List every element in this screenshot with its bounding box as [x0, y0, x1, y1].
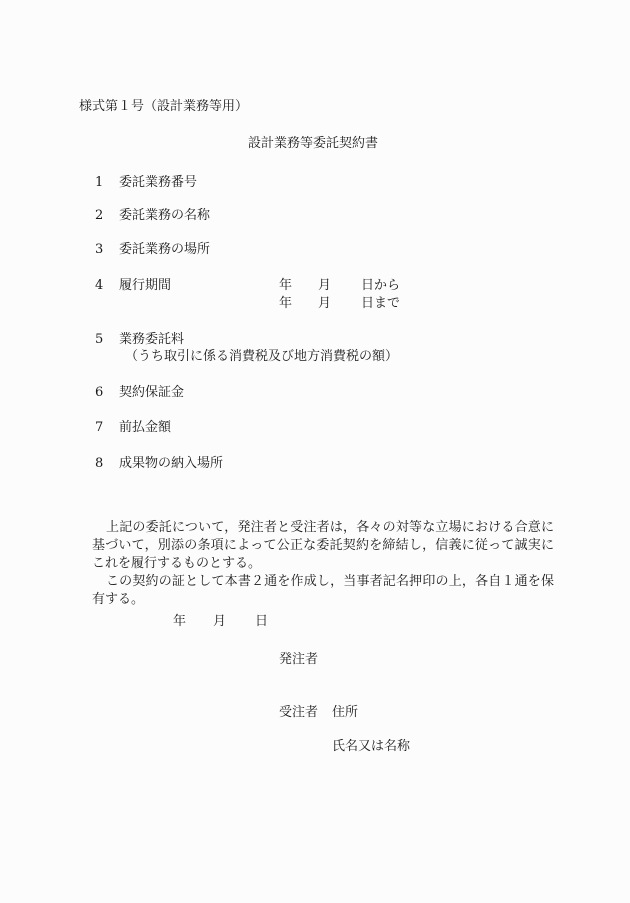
item-label: 業務委託料: [119, 333, 184, 346]
agreement-paragraph: 上記の委託について，発注者と受注者は，各々の対等な立場における合意に基づいて，別…: [92, 519, 554, 573]
item-number: 5: [95, 333, 103, 346]
contractor-label: 受注者: [279, 706, 318, 719]
contract-body: 上記の委託について，発注者と受注者は，各々の対等な立場における合意に基づいて，別…: [92, 519, 554, 609]
item-label: 前払金額: [119, 421, 171, 434]
signature-day: 日: [255, 615, 268, 628]
item-number: 2: [95, 209, 103, 222]
item-label: 委託業務の場所: [119, 243, 210, 256]
item-number: 7: [95, 421, 103, 434]
contractor-name-label: 氏名又は名称: [332, 740, 410, 753]
item-label: 成果物の納入場所: [119, 457, 223, 470]
item-number: 6: [95, 386, 103, 399]
period-to-year: 年: [279, 297, 292, 310]
item-number: 4: [95, 279, 103, 292]
period-from-month: 月: [318, 279, 331, 292]
contractor-address-label: 住所: [332, 706, 358, 719]
document-title: 設計業務等委託契約書: [248, 137, 378, 150]
period-to-day: 日まで: [361, 297, 400, 310]
period-from-day: 日から: [361, 279, 400, 292]
period-from-year: 年: [279, 279, 292, 292]
item-label: 契約保証金: [119, 386, 184, 399]
item-sublabel-tax: （うち取引に係る消費税及び地方消費税の額）: [125, 350, 398, 363]
item-label: 委託業務番号: [119, 176, 197, 189]
signature-month: 月: [213, 615, 226, 628]
form-id: 様式第１号（設計業務等用）: [79, 100, 248, 113]
orderer-label: 発注者: [279, 653, 318, 666]
item-number: 1: [95, 176, 103, 189]
item-number: 8: [95, 457, 103, 470]
item-label: 委託業務の名称: [119, 209, 210, 222]
copies-paragraph: この契約の証として本書２通を作成し，当事者記名押印の上，各自１通を保有する。: [92, 573, 554, 609]
item-label: 履行期間: [119, 279, 171, 292]
signature-year: 年: [173, 615, 186, 628]
period-to-month: 月: [318, 297, 331, 310]
item-number: 3: [95, 243, 103, 256]
